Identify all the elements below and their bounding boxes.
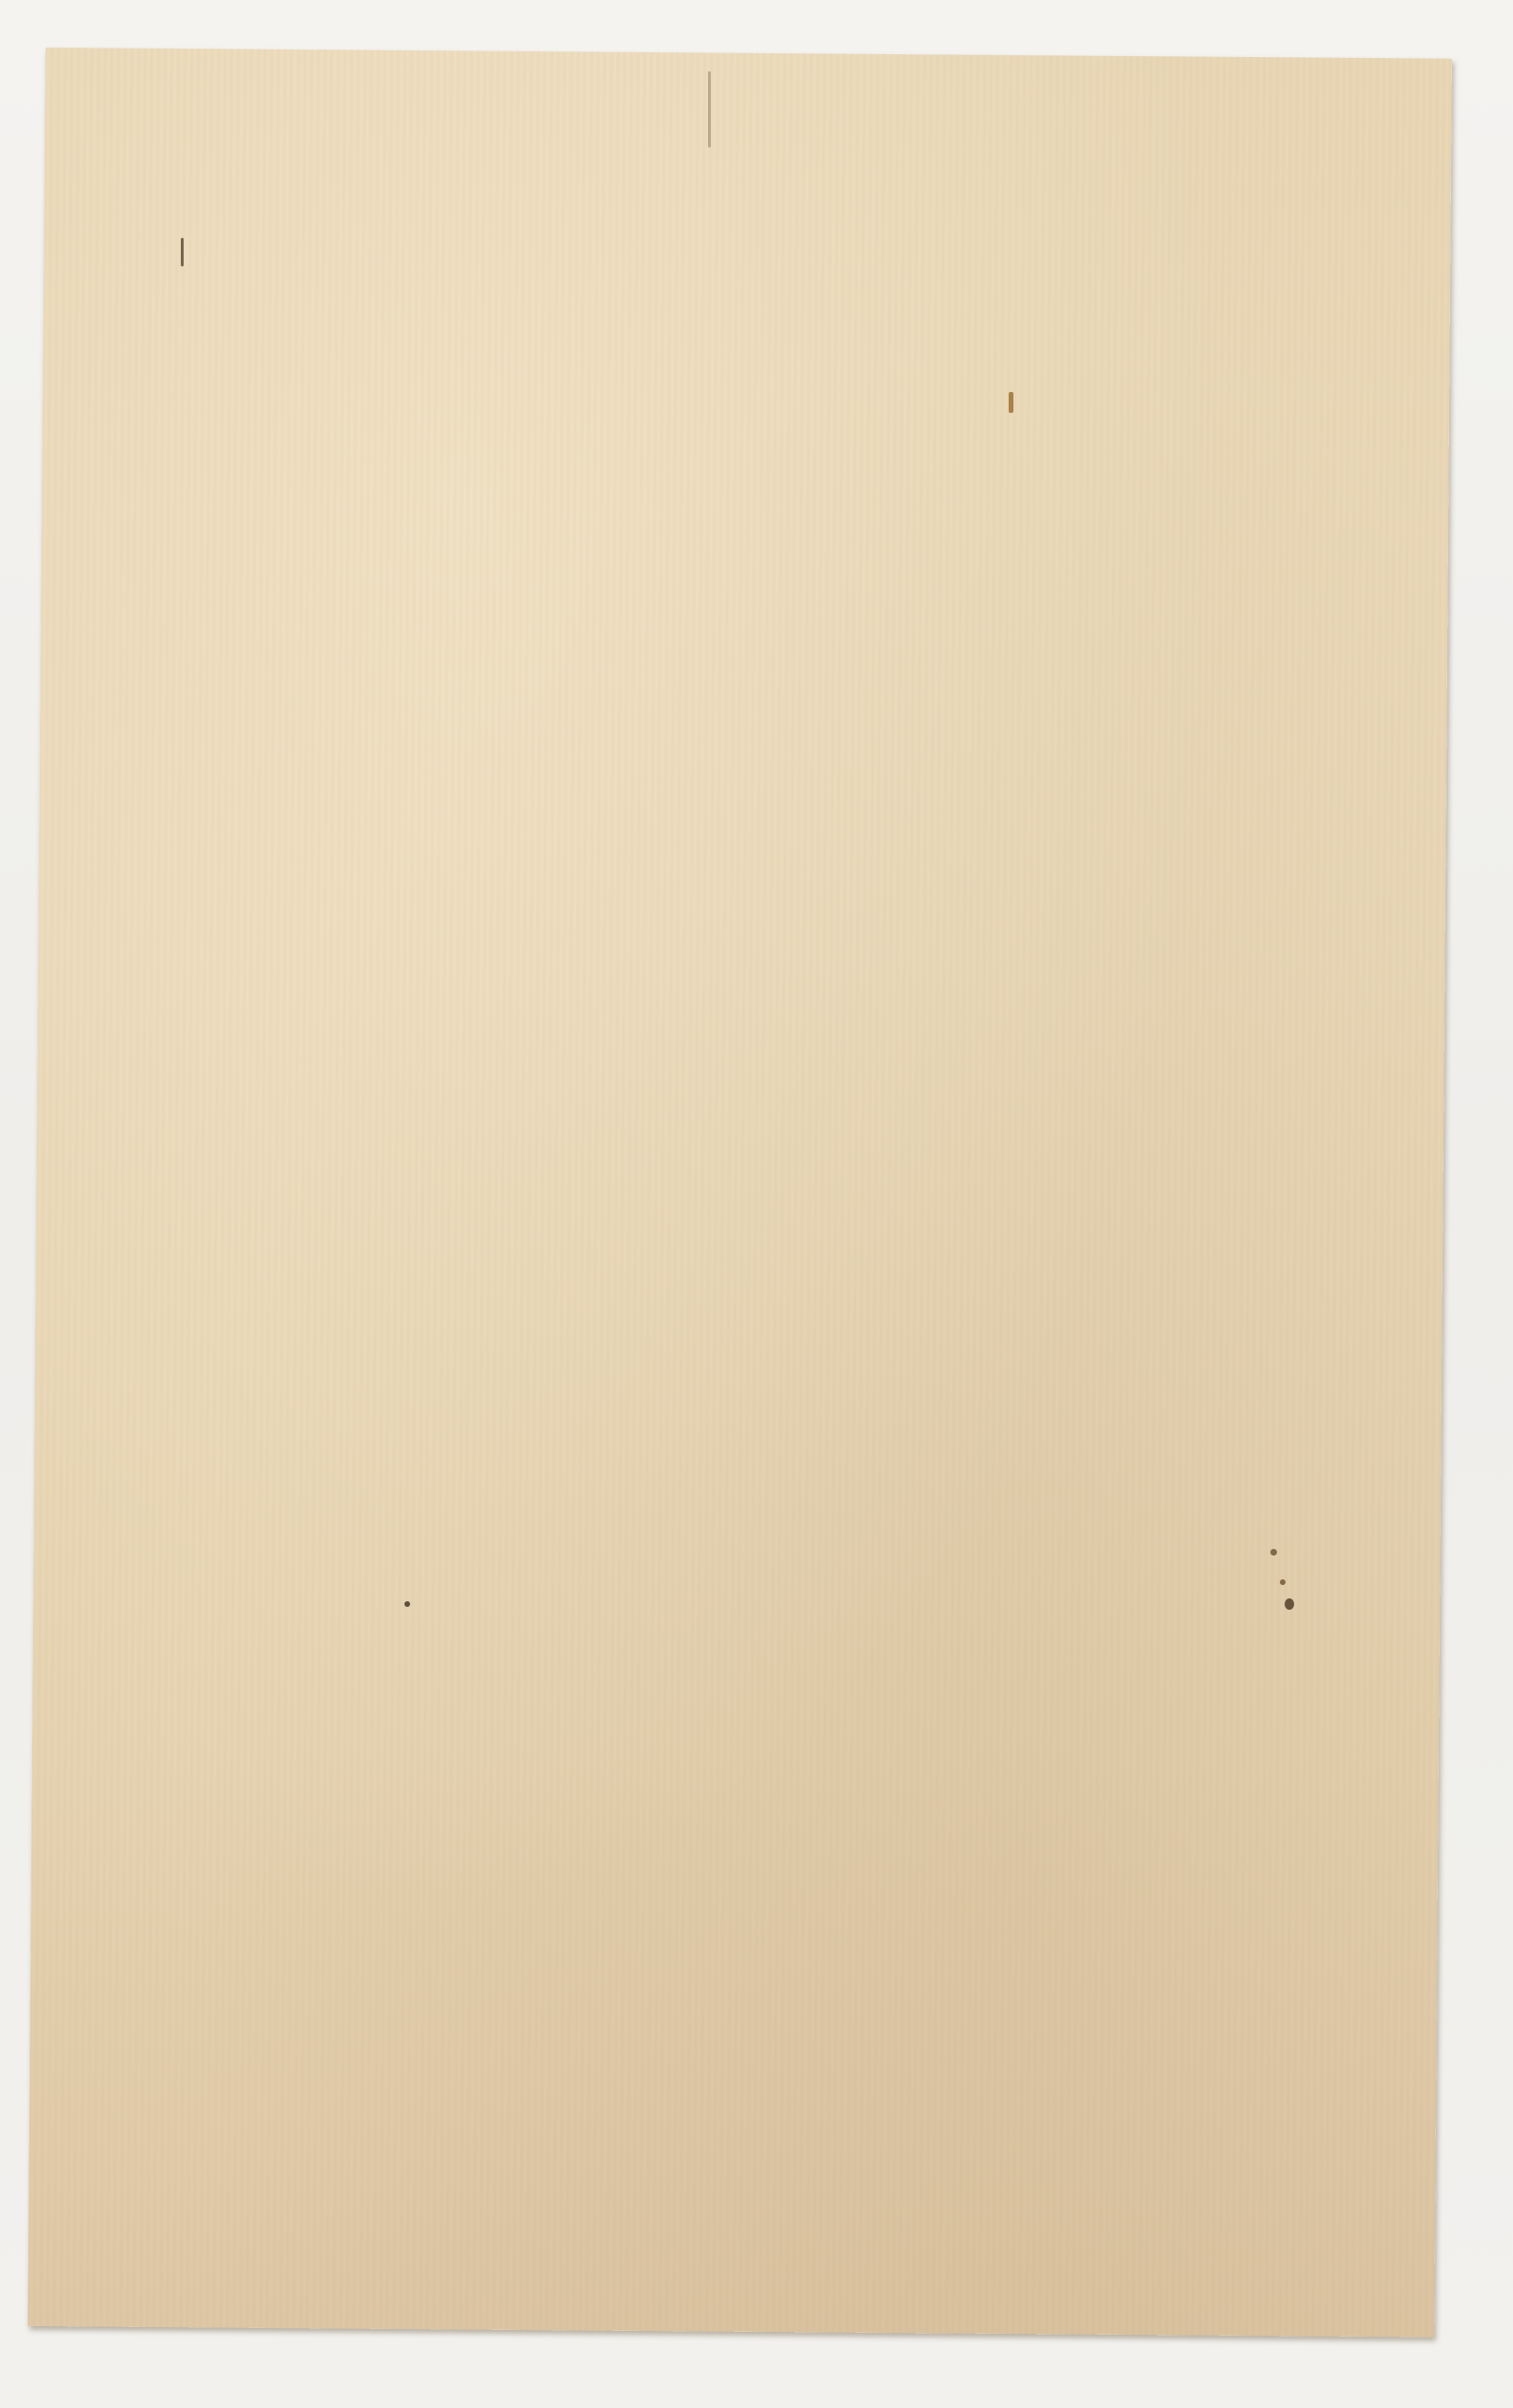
blemish-dot — [1270, 1549, 1277, 1556]
blemish-crack — [708, 71, 711, 147]
blemish-dot — [404, 1601, 410, 1607]
blemish-dot — [1285, 1598, 1294, 1610]
blemish-streak — [1009, 392, 1013, 413]
blemish-dot — [1280, 1579, 1286, 1585]
blemish-streak — [181, 238, 184, 266]
aged-card-back — [28, 48, 1452, 2338]
